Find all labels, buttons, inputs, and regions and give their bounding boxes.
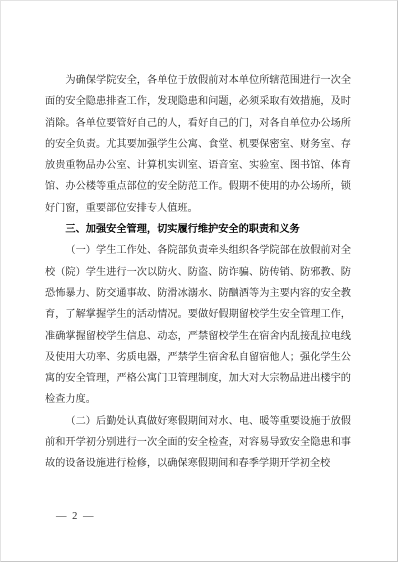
- page-number: — 2 —: [56, 510, 95, 524]
- paragraph-3: （二）后勤处认真做好寒假期间对水、电、暖等重要设施于放假前和开学初分别进行一次全…: [45, 411, 351, 475]
- document-body: 为确保学院安全，各单位于放假前对本单位所辖范围进行一次全面的安全隐患排查工作，发…: [45, 70, 351, 475]
- document-page: 为确保学院安全，各单位于放假前对本单位所辖范围进行一次全面的安全隐患排查工作，发…: [0, 0, 398, 562]
- section-heading: 三、加强安全管理，切实履行维护安全的职责和义务: [45, 219, 351, 240]
- paragraph-0: 为确保学院安全，各单位于放假前对本单位所辖范围进行一次全面的安全隐患排查工作，发…: [45, 70, 351, 219]
- paragraph-2: （一）学生工作处、各院部负责牵头组织各学院部在放假前对全校（院）学生进行一次以防…: [45, 240, 351, 410]
